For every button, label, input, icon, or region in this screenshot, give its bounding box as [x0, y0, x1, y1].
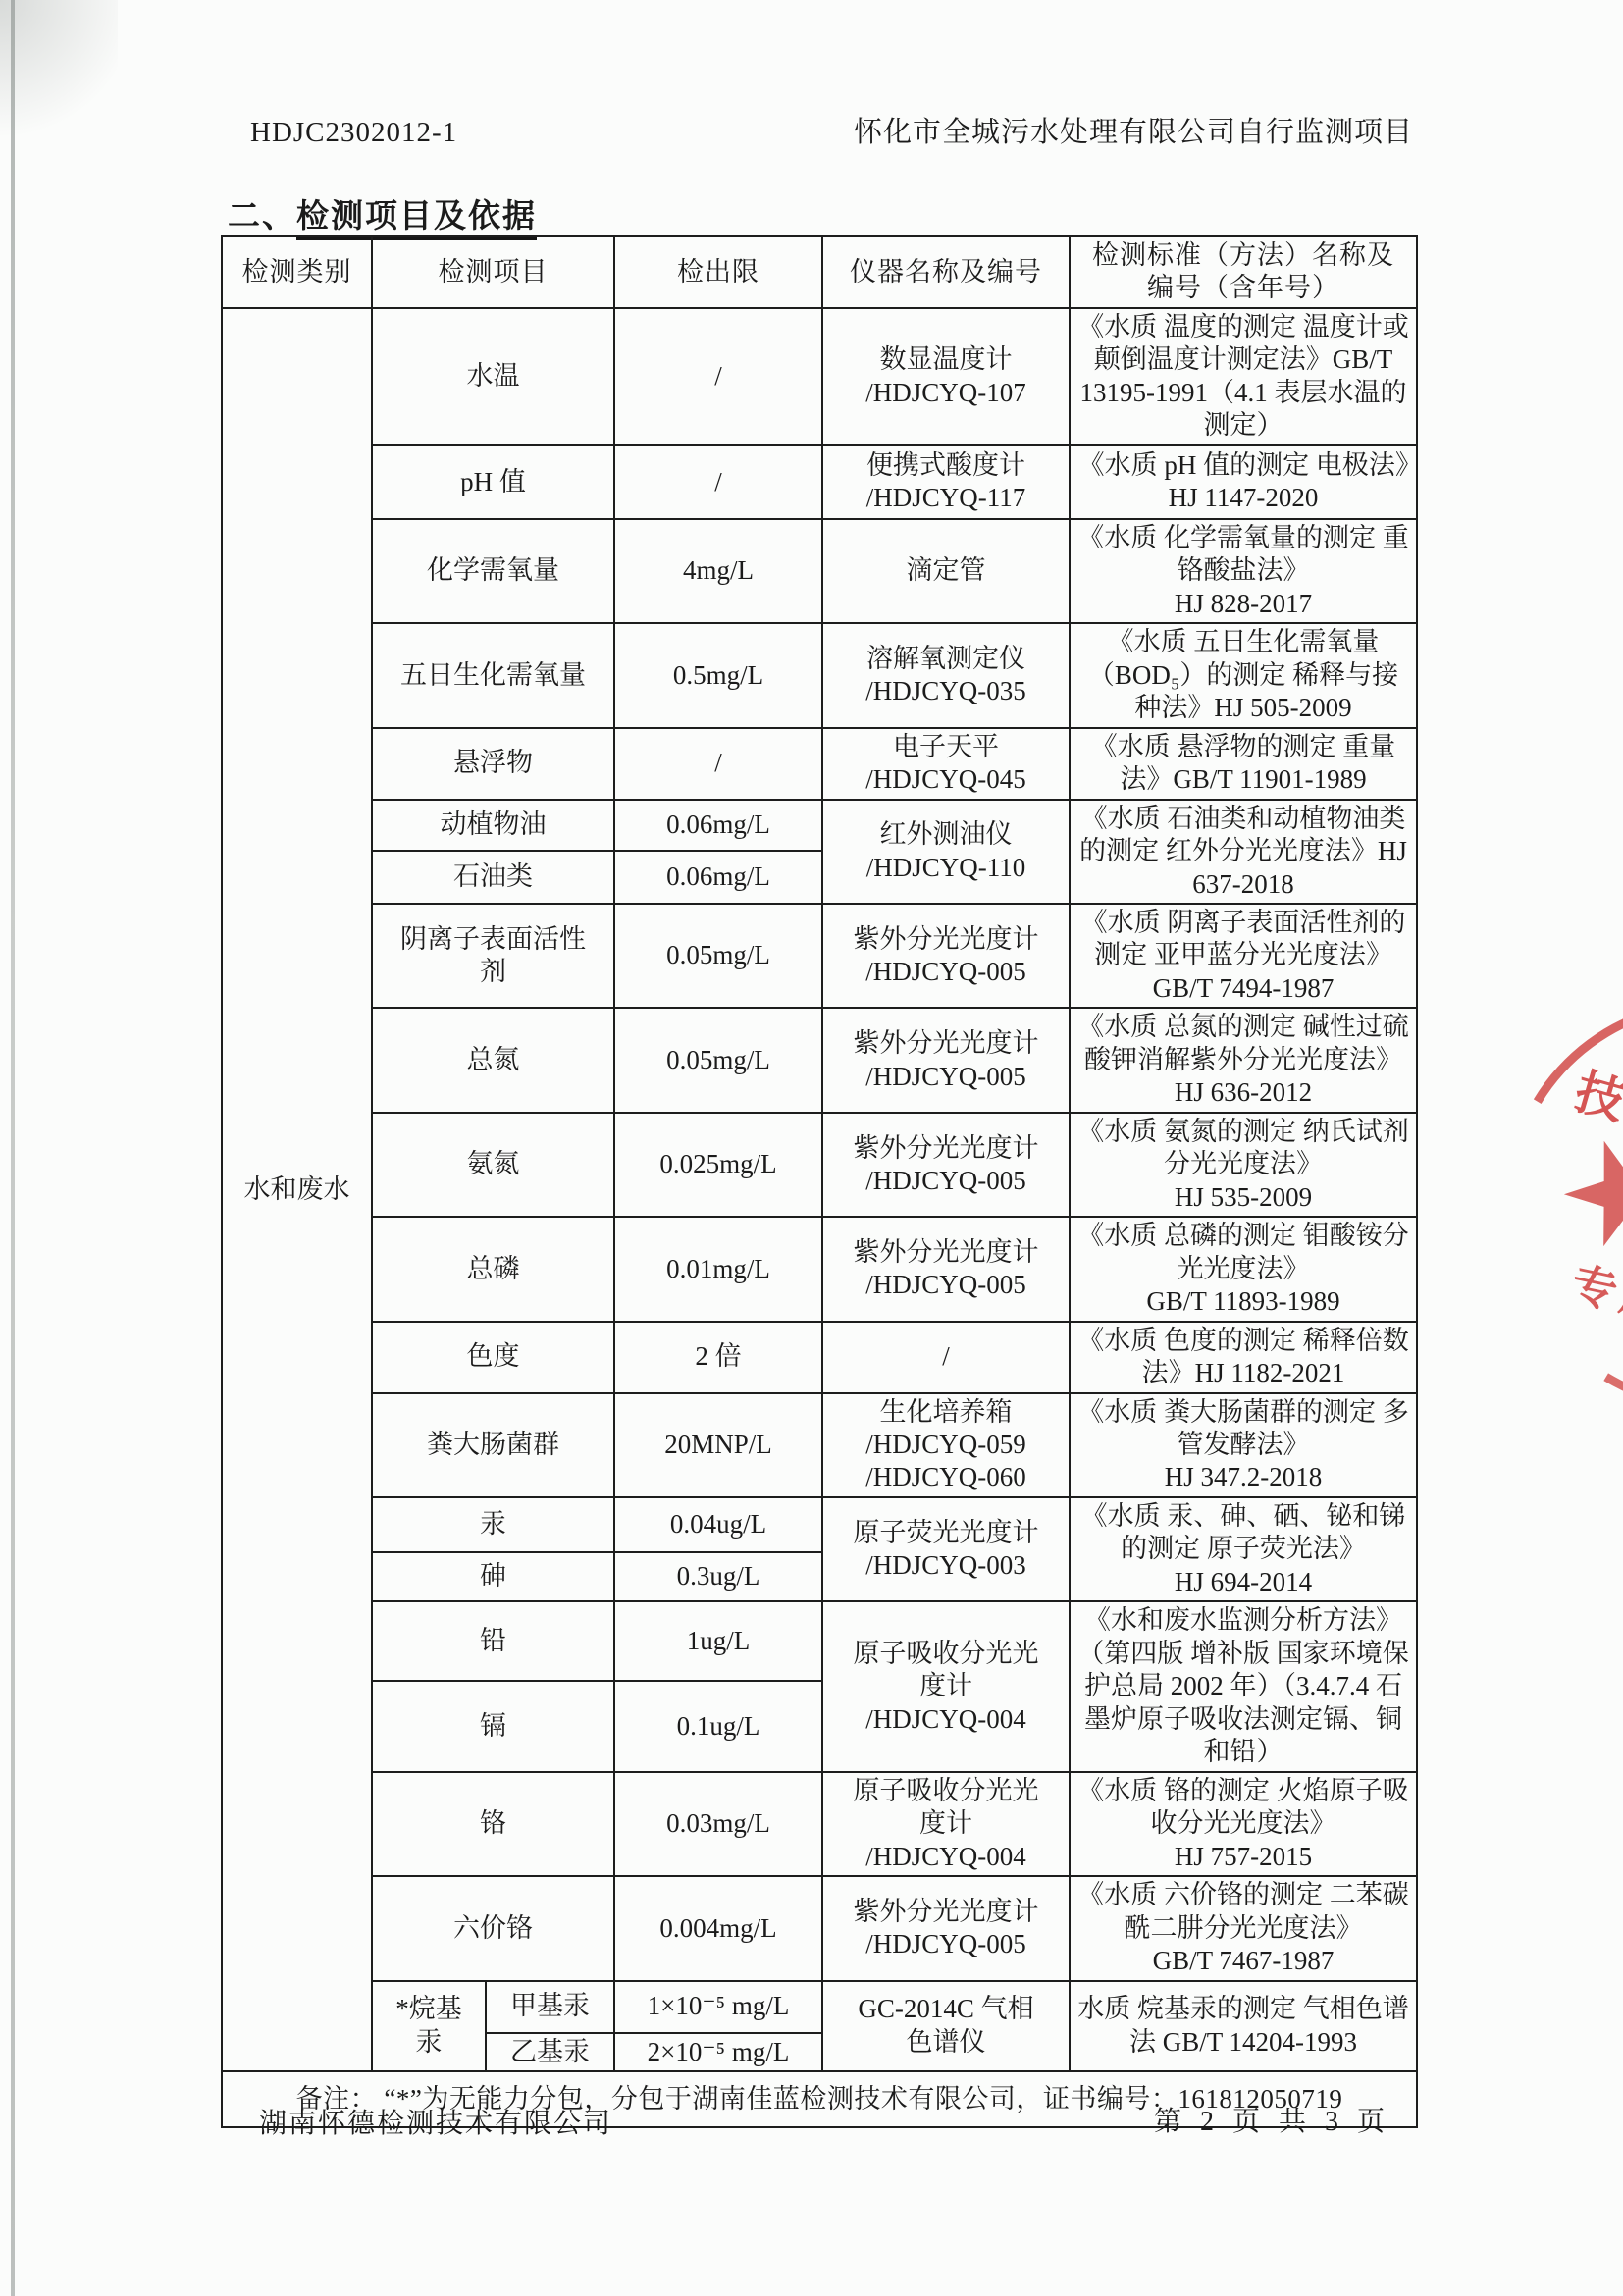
- header-limit: 检出限: [614, 236, 822, 308]
- cell-standard: 《水质 阴离子表面活性剂的测定 亚甲蓝分光光度法》GB/T 7494-1987: [1070, 904, 1417, 1008]
- table-row: 汞 0.04ug/L 原子荧光光度计 /HDJCYQ-003 《水质 汞、砷、硒…: [222, 1497, 1417, 1552]
- table-row: 五日生化需氧量 0.5mg/L 溶解氧测定仪 /HDJCYQ-035 《水质 五…: [222, 623, 1417, 727]
- cell-standard: 《水质 温度的测定 温度计或颠倒温度计测定法》GB/T 13195-1991（4…: [1070, 308, 1417, 445]
- table-row: 阴离子表面活性 剂 0.05mg/L 紫外分光光度计 /HDJCYQ-005 《…: [222, 904, 1417, 1008]
- cell-instrument: 原子吸收分光光 度计 /HDJCYQ-004: [822, 1772, 1070, 1876]
- cell-standard: 水质 烷基汞的测定 气相色谱法 GB/T 14204-1993: [1070, 1981, 1417, 2071]
- cell-instrument: 原子吸收分光光 度计 /HDJCYQ-004: [822, 1601, 1070, 1771]
- header-instrument: 仪器名称及编号: [822, 236, 1070, 308]
- table-row: pH 值 / 便携式酸度计 /HDJCYQ-117 《水质 pH 值的测定 电极…: [222, 445, 1417, 519]
- cell-standard: 《水质 总磷的测定 钼酸铵分光光度法》 GB/T 11893-1989: [1070, 1217, 1417, 1321]
- section-number: 二、: [228, 199, 296, 235]
- cell-standard: 《水质 氨氮的测定 纳氏试剂分光光度法》 HJ 535-2009: [1070, 1113, 1417, 1217]
- table-row: 粪大肠菌群 20MNP/L 生化培养箱 /HDJCYQ-059 /HDJCYQ-…: [222, 1393, 1417, 1497]
- cell-standard: 《水质 汞、砷、硒、铋和锑的测定 原子荧光法》 HJ 694-2014: [1070, 1497, 1417, 1601]
- cell-standard: 《水质 化学需氧量的测定 重铬酸盐法》 HJ 828-2017: [1070, 519, 1417, 623]
- stamp-ring-icon: [1461, 957, 1623, 1454]
- cell-item: 总氮: [372, 1008, 614, 1112]
- table-row: *烷基 汞 甲基汞 1×10⁻⁵ mg/L GC-2014C 气相 色谱仪 水质…: [222, 1981, 1417, 2033]
- star-icon: [1550, 1123, 1623, 1263]
- cell-item: 氨氮: [372, 1113, 614, 1217]
- table-row: 总磷 0.01mg/L 紫外分光光度计 /HDJCYQ-005 《水质 总磷的测…: [222, 1217, 1417, 1321]
- cell-instrument: 滴定管: [822, 519, 1070, 623]
- cell-limit: /: [614, 445, 822, 519]
- doc-number: HDJC2302012-1: [250, 117, 457, 149]
- cell-limit: 0.03mg/L: [614, 1772, 822, 1876]
- cell-item: 汞: [372, 1497, 614, 1552]
- cell-instrument: 溶解氧测定仪 /HDJCYQ-035: [822, 623, 1070, 727]
- cell-item: 水温: [372, 308, 614, 445]
- table-row: 氨氮 0.025mg/L 紫外分光光度计 /HDJCYQ-005 《水质 氨氮的…: [222, 1113, 1417, 1217]
- cell-item: 镉: [372, 1681, 614, 1771]
- header-item: 检测项目: [372, 236, 614, 308]
- cell-limit: 0.5mg/L: [614, 623, 822, 727]
- table-row: 化学需氧量 4mg/L 滴定管 《水质 化学需氧量的测定 重铬酸盐法》 HJ 8…: [222, 519, 1417, 623]
- cell-standard: 《水质 五日生化需氧量（BOD₅）的测定 稀释与接种法》HJ 505-2009: [1070, 623, 1417, 727]
- cell-item: 五日生化需氧量: [372, 623, 614, 727]
- cell-item: 乙基汞: [486, 2033, 614, 2071]
- footer-company-name: 湖南怀德检测技术有限公司: [259, 2102, 612, 2141]
- cell-limit: 4mg/L: [614, 519, 822, 623]
- table-header-row: 检测类别 检测项目 检出限 仪器名称及编号 检测标准（方法）名称及 编号（含年号…: [222, 236, 1417, 308]
- cell-item: 悬浮物: [372, 728, 614, 800]
- cell-limit: 1ug/L: [614, 1601, 822, 1681]
- cell-standard: 《水质 石油类和动植物油类的测定 红外分光光度法》HJ 637-2018: [1070, 800, 1417, 904]
- cell-limit: 0.1ug/L: [614, 1681, 822, 1771]
- cell-limit: 0.3ug/L: [614, 1552, 822, 1602]
- cell-limit: 0.025mg/L: [614, 1113, 822, 1217]
- cell-item: 铬: [372, 1772, 614, 1876]
- scan-edge-artifact: [11, 0, 15, 2296]
- red-stamp: 技 专用: [1452, 981, 1623, 1393]
- cell-instrument: 红外测油仪 /HDJCYQ-110: [822, 800, 1070, 904]
- cell-item: 色度: [372, 1322, 614, 1393]
- section-title-text: 检测项目及依据: [296, 199, 537, 240]
- cell-instrument: 数显温度计 /HDJCYQ-107: [822, 308, 1070, 445]
- table-row: 总氮 0.05mg/L 紫外分光光度计 /HDJCYQ-005 《水质 总氮的测…: [222, 1008, 1417, 1112]
- table-row: 六价铬 0.004mg/L 紫外分光光度计 /HDJCYQ-005 《水质 六价…: [222, 1876, 1417, 1980]
- cell-instrument: 便携式酸度计 /HDJCYQ-117: [822, 445, 1070, 519]
- cell-standard: 《水质 pH 值的测定 电极法》HJ 1147-2020: [1070, 445, 1417, 519]
- cell-item: 粪大肠菌群: [372, 1393, 614, 1497]
- cell-limit: 2 倍: [614, 1322, 822, 1393]
- cell-item: 砷: [372, 1552, 614, 1602]
- cell-limit: 0.04ug/L: [614, 1497, 822, 1552]
- cell-instrument: 紫外分光光度计 /HDJCYQ-005: [822, 1113, 1070, 1217]
- document-header: HDJC2302012-1 怀化市全城污水处理有限公司自行监测项目: [250, 110, 1413, 150]
- cell-item: 石油类: [372, 851, 614, 904]
- cell-instrument: 生化培养箱 /HDJCYQ-059 /HDJCYQ-060: [822, 1393, 1070, 1497]
- cell-limit: 0.01mg/L: [614, 1217, 822, 1321]
- table-row: 色度 2 倍 / 《水质 色度的测定 稀释倍数法》HJ 1182-2021: [222, 1322, 1417, 1393]
- header-category: 检测类别: [222, 236, 372, 308]
- cell-standard: 《水质 色度的测定 稀释倍数法》HJ 1182-2021: [1070, 1322, 1417, 1393]
- cell-standard: 《水和废水监测分析方法》（第四版 增补版 国家环境保护总局 2002 年）（3.…: [1070, 1601, 1417, 1771]
- table-row: 水和废水 水温 / 数显温度计 /HDJCYQ-107 《水质 温度的测定 温度…: [222, 308, 1417, 445]
- cell-standard: 《水质 粪大肠菌群的测定 多管发酵法》 HJ 347.2-2018: [1070, 1393, 1417, 1497]
- cell-limit: 0.05mg/L: [614, 1008, 822, 1112]
- cell-item: 六价铬: [372, 1876, 614, 1980]
- cell-item: 甲基汞: [486, 1981, 614, 2033]
- cell-limit: 0.06mg/L: [614, 851, 822, 904]
- cell-standard: 《水质 悬浮物的测定 重量法》GB/T 11901-1989: [1070, 728, 1417, 800]
- cell-standard: 《水质 总氮的测定 碱性过硫酸钾消解紫外分光光度法》HJ 636-2012: [1070, 1008, 1417, 1112]
- cell-instrument: /: [822, 1322, 1070, 1393]
- cell-instrument: GC-2014C 气相 色谱仪: [822, 1981, 1070, 2071]
- cell-item: 化学需氧量: [372, 519, 614, 623]
- cell-limit: 2×10⁻⁵ mg/L: [614, 2033, 822, 2071]
- cell-limit: 0.05mg/L: [614, 904, 822, 1008]
- cell-limit: /: [614, 308, 822, 445]
- cell-instrument: 紫外分光光度计 /HDJCYQ-005: [822, 1008, 1070, 1112]
- table-row: 悬浮物 / 电子天平 /HDJCYQ-045 《水质 悬浮物的测定 重量法》GB…: [222, 728, 1417, 800]
- cell-item: pH 值: [372, 445, 614, 519]
- section-title: 二、检测项目及依据: [228, 190, 537, 236]
- cell-limit: 1×10⁻⁵ mg/L: [614, 1981, 822, 2033]
- cell-limit: 0.06mg/L: [614, 800, 822, 851]
- cell-instrument: 电子天平 /HDJCYQ-045: [822, 728, 1070, 800]
- cell-item-group: *烷基 汞: [372, 1981, 486, 2071]
- document-page: HDJC2302012-1 怀化市全城污水处理有限公司自行监测项目 二、检测项目…: [0, 0, 1623, 2296]
- stamp-text-top: 技: [1568, 1053, 1623, 1134]
- cell-instrument: 紫外分光光度计 /HDJCYQ-005: [822, 1217, 1070, 1321]
- table-row: 铅 1ug/L 原子吸收分光光 度计 /HDJCYQ-004 《水和废水监测分析…: [222, 1601, 1417, 1681]
- cell-item: 铅: [372, 1601, 614, 1681]
- cell-item: 阴离子表面活性 剂: [372, 904, 614, 1008]
- project-title: 怀化市全城污水处理有限公司自行监测项目: [854, 110, 1413, 150]
- cell-item: 动植物油: [372, 800, 614, 851]
- cell-instrument: 原子荧光光度计 /HDJCYQ-003: [822, 1497, 1070, 1601]
- scan-corner-shading: [0, 0, 118, 157]
- table-row: 动植物油 0.06mg/L 红外测油仪 /HDJCYQ-110 《水质 石油类和…: [222, 800, 1417, 851]
- cell-standard: 《水质 铬的测定 火焰原子吸收分光光度法》 HJ 757-2015: [1070, 1772, 1417, 1876]
- header-standard: 检测标准（方法）名称及 编号（含年号）: [1070, 236, 1417, 308]
- cell-instrument: 紫外分光光度计 /HDJCYQ-005: [822, 1876, 1070, 1980]
- cell-instrument: 紫外分光光度计 /HDJCYQ-005: [822, 904, 1070, 1008]
- cell-standard: 《水质 六价铬的测定 二苯碳酰二肼分光光度法》 GB/T 7467-1987: [1070, 1876, 1417, 1980]
- cell-category: 水和废水: [222, 308, 372, 2071]
- table-row: 铬 0.03mg/L 原子吸收分光光 度计 /HDJCYQ-004 《水质 铬的…: [222, 1772, 1417, 1876]
- cell-limit: 0.004mg/L: [614, 1876, 822, 1980]
- stamp-text-bottom: 专用: [1566, 1248, 1623, 1331]
- footer-pagination: 第 2 页 共 3 页: [1154, 2100, 1390, 2139]
- cell-item: 总磷: [372, 1217, 614, 1321]
- test-items-table: 检测类别 检测项目 检出限 仪器名称及编号 检测标准（方法）名称及 编号（含年号…: [221, 235, 1418, 2128]
- cell-limit: /: [614, 728, 822, 800]
- cell-limit: 20MNP/L: [614, 1393, 822, 1497]
